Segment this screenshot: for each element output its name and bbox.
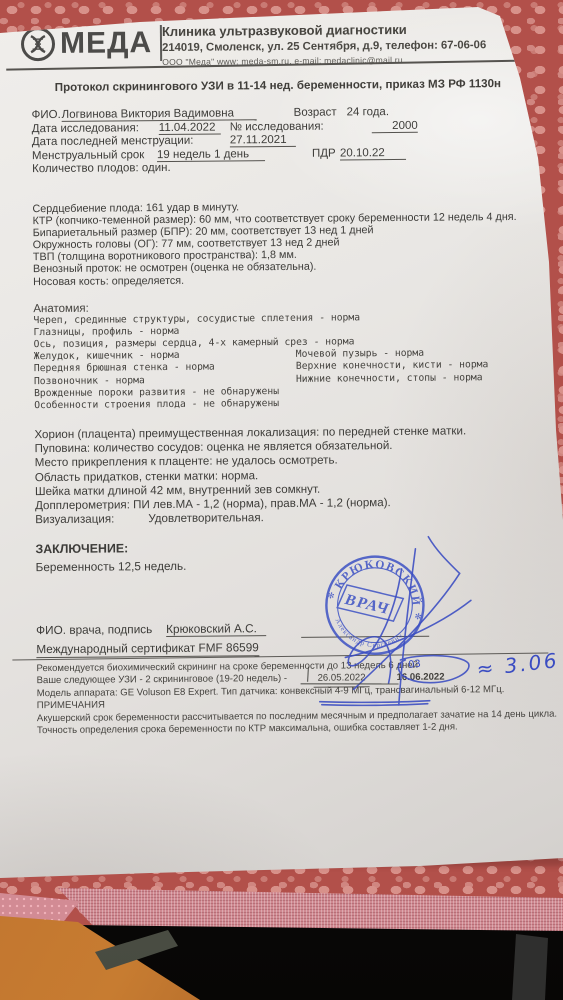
anatomy-row: Особенности строения плода - не обнаруже… — [34, 397, 361, 412]
document-title: Протокол скринингового УЗИ в 11-14 нед. … — [0, 77, 559, 95]
lmp-label: Дата последней менструации: — [32, 135, 194, 148]
anatomy-section: Анатомия: Череп, срединные структуры, со… — [33, 300, 361, 412]
age-value: 24 года. — [347, 106, 389, 118]
viz-value: Удовлетворительная. — [148, 511, 264, 526]
edd-label: ПДР — [312, 147, 336, 159]
viz-label: Визуализация: — [35, 513, 114, 528]
exam-no-label: № исследования: — [230, 120, 324, 133]
fio-value: Логвинова Виктория Вадимовна — [62, 107, 257, 122]
footer-section: Рекомендуется биохимический скрининг на … — [36, 659, 552, 738]
clinic-address: 214019, Смоленск, ул. 25 Сентября, д.9, … — [162, 39, 542, 54]
visualization-row: Визуализация: Удовлетворительная. — [35, 510, 467, 528]
photo-scene: МЕДА Клиника ультразвуковой диагностики … — [0, 0, 563, 1000]
clinic-name: Клиника ультразвуковой диагностики — [162, 21, 542, 39]
stamp-star-left: ✻ — [326, 590, 335, 601]
exam-no-value: 2000 — [372, 119, 418, 132]
exam-date-value: 11.04.2022 — [159, 121, 221, 135]
fetus-count: Количество плодов: один. — [32, 162, 171, 175]
document-content: МЕДА Клиника ультразвуковой диагностики … — [0, 0, 563, 1000]
fetal-measurements: Сердцебиение плода: 161 удар в минуту. К… — [32, 199, 517, 288]
term-value: 19 недель 1 день — [157, 148, 265, 162]
doctor-name: Крюковский А.С. — [166, 621, 266, 637]
stamp-center-text: ВРАЧ — [342, 591, 393, 617]
viz-gap — [114, 512, 148, 526]
dna-logo-icon — [20, 26, 56, 62]
term-label: Менструальный срок — [32, 149, 144, 162]
document-paper: МЕДА Клиника ультразвуковой диагностики … — [0, 0, 563, 1000]
footer-line2-text: Ваше следующее УЗИ - 2 скрининговое (19-… — [37, 673, 288, 686]
lmp-value: 27.11.2021 — [230, 134, 296, 148]
conclusion-text: Беременность 12,5 недель. — [36, 559, 187, 574]
conclusion-heading: ЗАКЛЮЧЕНИЕ: — [35, 541, 128, 556]
anatomy-right: Нижние конечности, стопы - норма — [296, 372, 483, 386]
anatomy-left: Передняя брюшная стенка - норма — [34, 362, 215, 375]
age-label: Возраст — [294, 107, 337, 119]
clinic-logo-text: МЕДА — [60, 28, 152, 59]
edd-value: 20.10.22 — [340, 147, 406, 161]
fio-label: ФИО. — [32, 109, 61, 121]
anatomy-right: Мочевой пузырь - норма — [296, 348, 424, 361]
doctor-certificate: Международный сертификат FMF 86599 — [36, 640, 259, 658]
footer-date2: 16.06.2022 — [397, 672, 445, 685]
uterus-section: Хорион (плацента) преимущественная локал… — [34, 424, 467, 527]
exam-date-label: Дата исследования: — [32, 122, 139, 135]
patient-section: ФИО. Логвинова Виктория Вадимовна Возрас… — [32, 105, 533, 177]
doctor-row: ФИО. врача, подпись Крюковский А.С. — [36, 619, 536, 623]
anatomy-left: Желудок, кишечник - норма — [34, 350, 180, 362]
doctor-stamp: КРЮКОВСКИЙ Александр Сергеевич ВРАЧ ✻ ✻ — [307, 538, 442, 673]
doctor-label: ФИО. врача, подпись — [36, 622, 152, 637]
clinic-logo: МЕДА — [20, 25, 162, 62]
anatomy-left: Позвоночник - норма — [34, 375, 145, 387]
